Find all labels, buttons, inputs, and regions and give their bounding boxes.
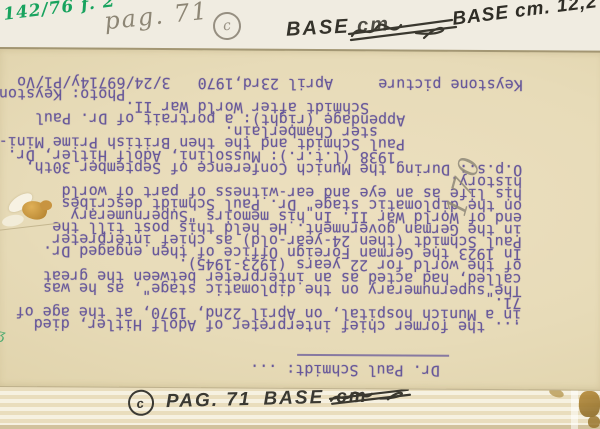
- typed-caption: Dr. Paul Schmidt: ... ... the former chi…: [0, 76, 600, 388]
- caption-title: Dr. Paul Schmidt: ...: [0, 362, 521, 377]
- base-word: BASE: [285, 15, 350, 40]
- green-reference-note: 142/76 f. 2: [2, 0, 116, 25]
- glue-stain: [579, 391, 600, 417]
- title-underline: [297, 354, 449, 357]
- bottom-page-label: PAG. 71: [166, 389, 252, 413]
- pencil-copyright-circle-icon: c: [211, 10, 243, 42]
- glue-residue: [40, 200, 52, 210]
- photo-verso-scan: c PAG. 71 BASE cm Dr. Paul Schmidt: ... …: [0, 0, 600, 429]
- typed-caption-upside-down: Dr. Paul Schmidt: ... ... the former chi…: [0, 49, 600, 388]
- bottom-struck-text: cm: [336, 386, 368, 409]
- struck-cm: cm: [357, 13, 391, 37]
- pencil-page-note: pag. 71: [103, 0, 210, 35]
- photo-paper: Dr. Paul Schmidt: ... ... the former chi…: [0, 47, 600, 391]
- caption-line: in a Munich hospital, on April 22nd, 197…: [0, 306, 521, 321]
- caption-line: Keystone picture April 23rd,1970 3/24/69…: [0, 76, 523, 91]
- glue-stain: [588, 416, 600, 428]
- bottom-base-label: BASE: [263, 387, 324, 411]
- pen-base-crossed-note: BASE cm: [285, 13, 390, 41]
- pencil-number-note: 170: [434, 144, 492, 226]
- pen-base-measure-note: BASE cm. 12,2: [451, 0, 599, 31]
- pencil-number: 170: [439, 150, 487, 219]
- copyright-circle-icon: c: [127, 388, 156, 417]
